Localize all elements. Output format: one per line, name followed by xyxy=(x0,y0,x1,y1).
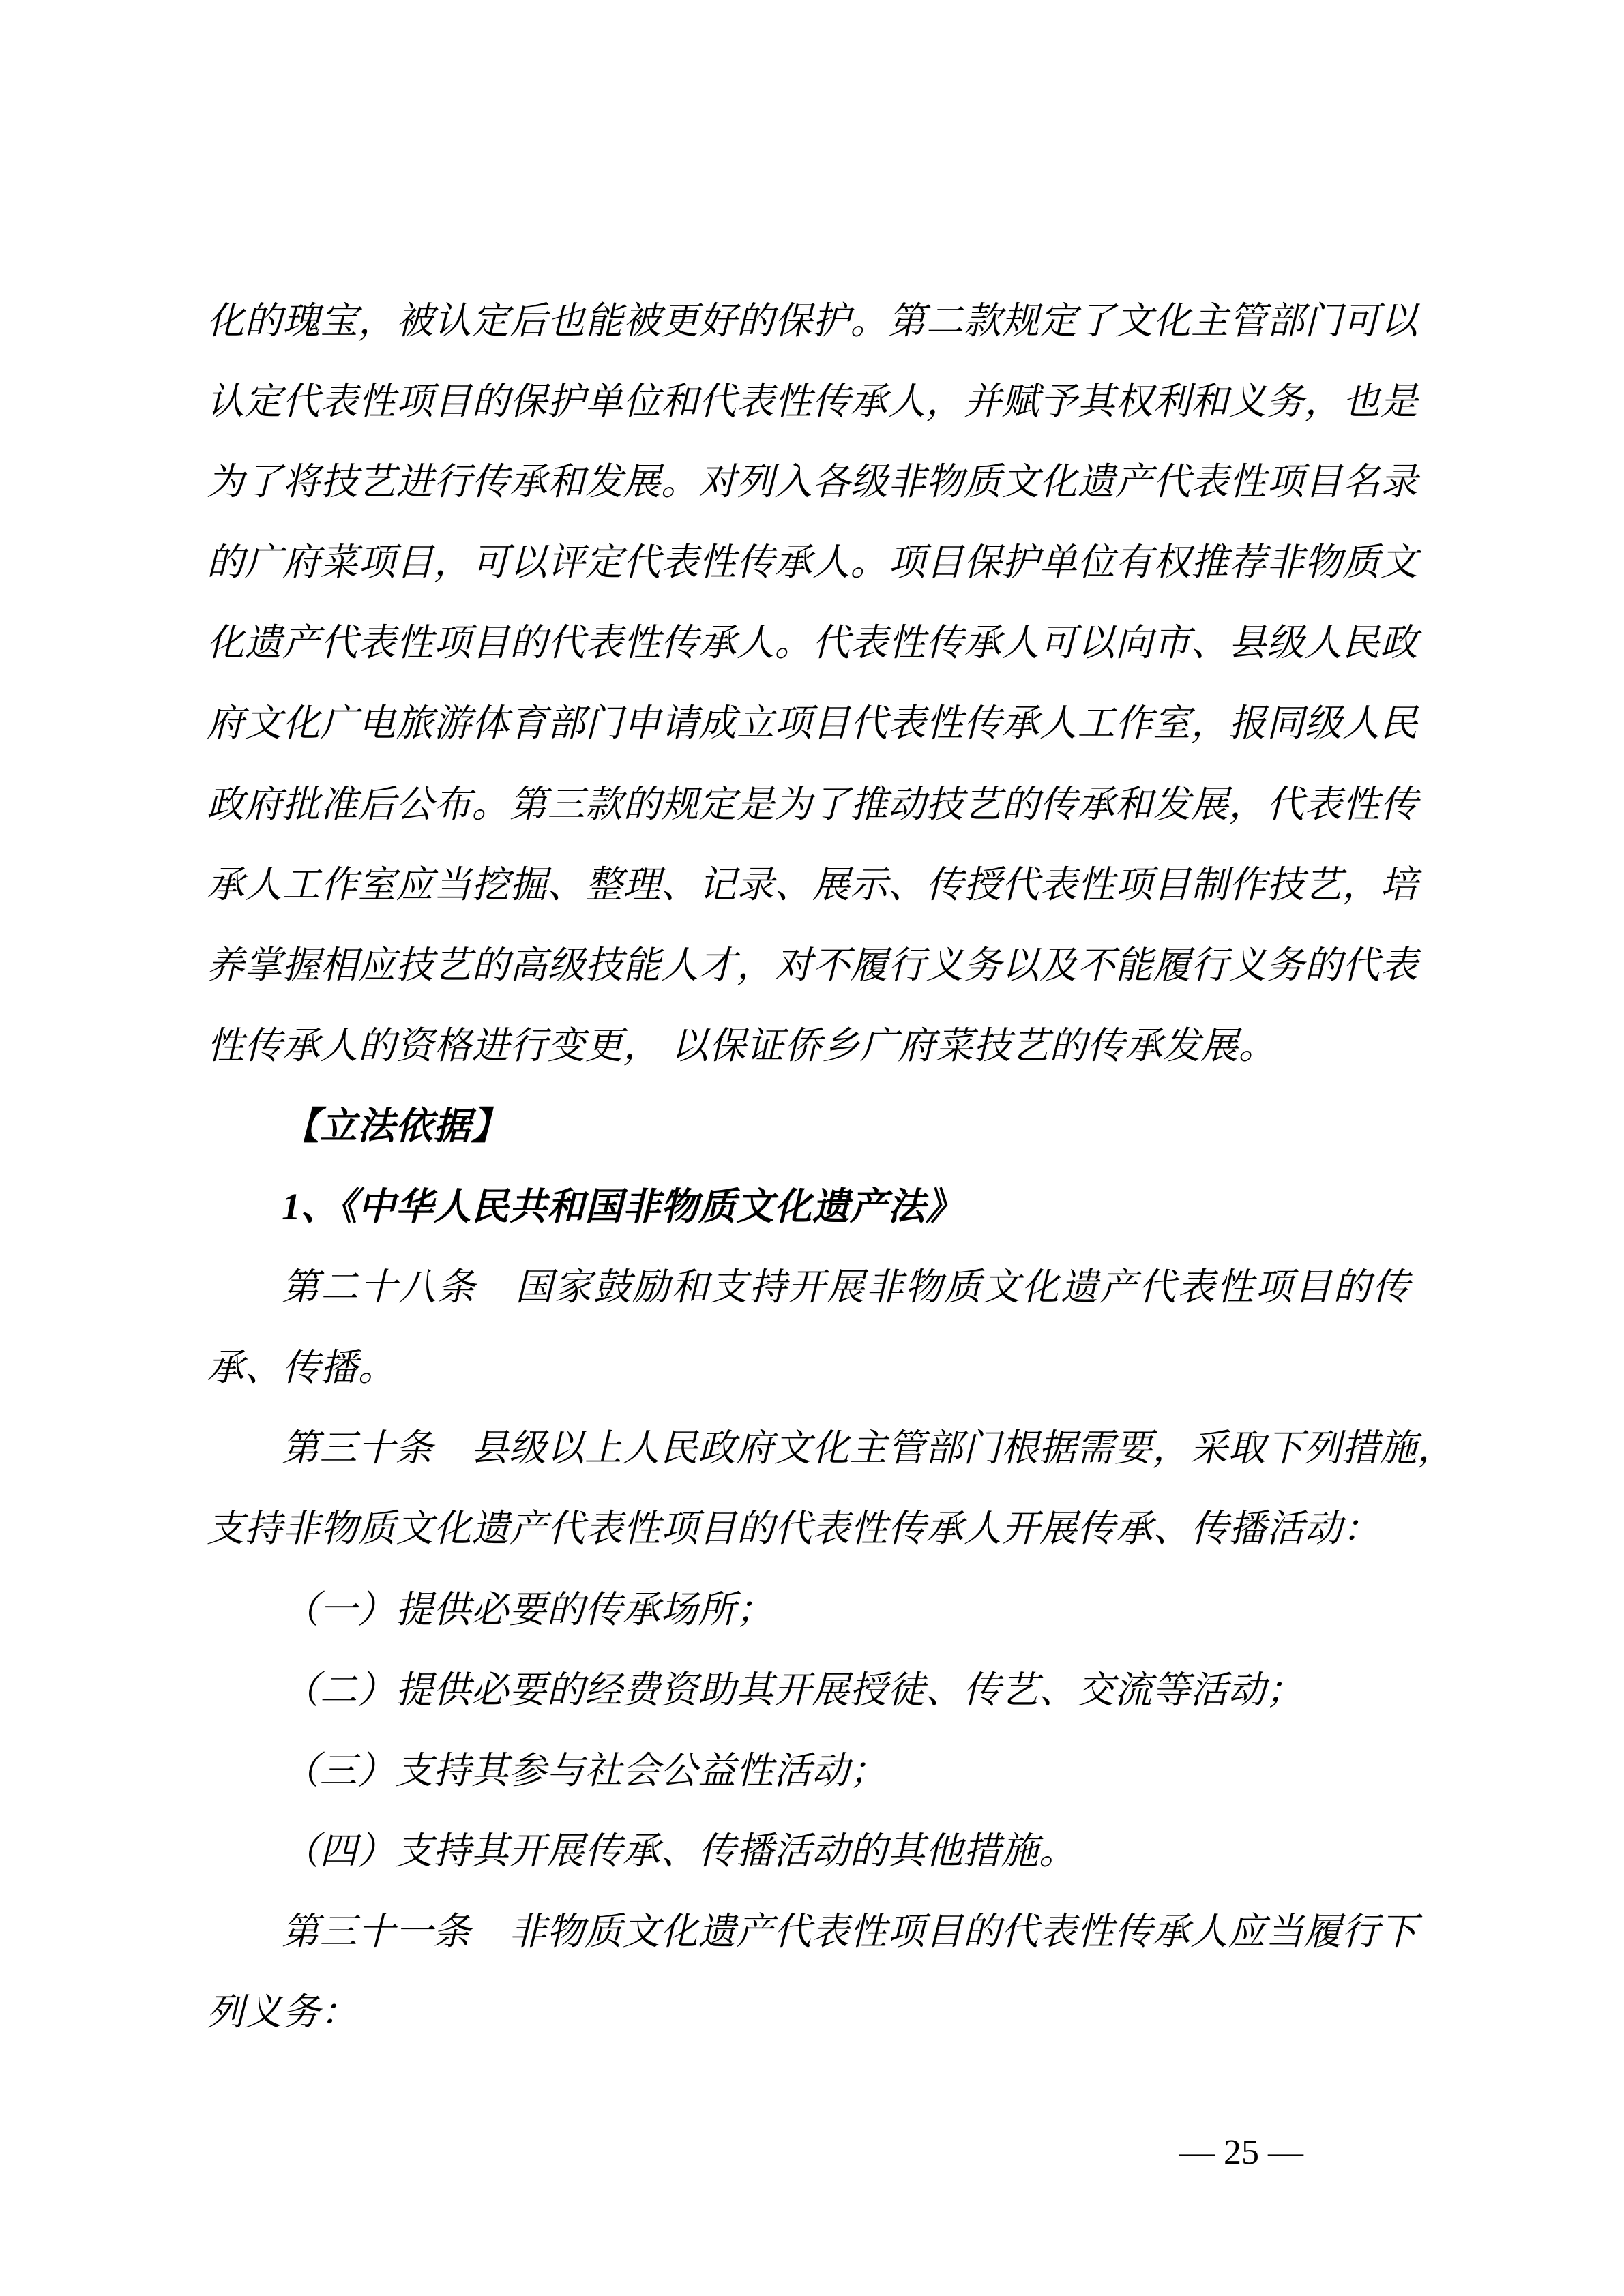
text-line: 第二十八条 国家鼓励和支持开展非物质文化遗产代表性项目的传 xyxy=(207,1247,1410,1328)
text-line: 的广府菜项目，可以评定代表性传承人。项目保护单位有权推荐非物质文 xyxy=(207,522,1410,603)
text-line: （四）支持其开展传承、传播活动的其他措施。 xyxy=(207,1811,1410,1892)
page-number: — 25 — xyxy=(1146,2132,1337,2174)
text-line: 承人工作室应当挖掘、整理、记录、展示、传授代表性项目制作技艺，培 xyxy=(207,845,1410,925)
document-page: 化的瑰宝，被认定后也能被更好的保护。第二款规定了文化主管部门可以认定代表性项目的… xyxy=(0,0,1624,2296)
text-line: 第三十条 县级以上人民政府文化主管部门根据需要，采取下列措施， xyxy=(207,1408,1410,1489)
text-line: 为了将技艺进行传承和发展。对列入各级非物质文化遗产代表性项目名录 xyxy=(207,442,1410,522)
text-line: 支持非物质文化遗产代表性项目的代表性传承人开展传承、传播活动： xyxy=(207,1489,1410,1569)
text-line: 化的瑰宝，被认定后也能被更好的保护。第二款规定了文化主管部门可以 xyxy=(207,281,1410,361)
text-line: 第三十一条 非物质文化遗产代表性项目的代表性传承人应当履行下 xyxy=(207,1892,1410,1972)
heading-line: 1、《中华人民共和国非物质文化遗产法》 xyxy=(207,1167,1410,1247)
text-line: （二）提供必要的经费资助其开展授徒、传艺、交流等活动； xyxy=(207,1650,1410,1731)
text-line: 养掌握相应技艺的高级技能人才，对不履行义务以及不能履行义务的代表 xyxy=(207,925,1410,1006)
text-line: 承、传播。 xyxy=(207,1328,1410,1408)
text-line: 府文化广电旅游体育部门申请成立项目代表性传承人工作室，报同级人民 xyxy=(207,683,1410,764)
text-line: 性传承人的资格进行变更， 以保证侨乡广府菜技艺的传承发展。 xyxy=(207,1006,1410,1086)
text-line: （三）支持其参与社会公益性活动； xyxy=(207,1731,1410,1811)
text-line: （一）提供必要的传承场所； xyxy=(207,1570,1410,1650)
text-line: 政府批准后公布。第三款的规定是为了推动技艺的传承和发展，代表性传 xyxy=(207,764,1410,845)
text-line: 认定代表性项目的保护单位和代表性传承人，并赋予其权利和义务，也是 xyxy=(207,361,1410,442)
text-line: 列义务： xyxy=(207,1972,1410,2053)
document-body: 化的瑰宝，被认定后也能被更好的保护。第二款规定了文化主管部门可以认定代表性项目的… xyxy=(207,281,1410,2053)
text-line: 化遗产代表性项目的代表性传承人。代表性传承人可以向市、县级人民政 xyxy=(207,603,1410,683)
heading-line: 【立法依据】 xyxy=(207,1086,1410,1167)
